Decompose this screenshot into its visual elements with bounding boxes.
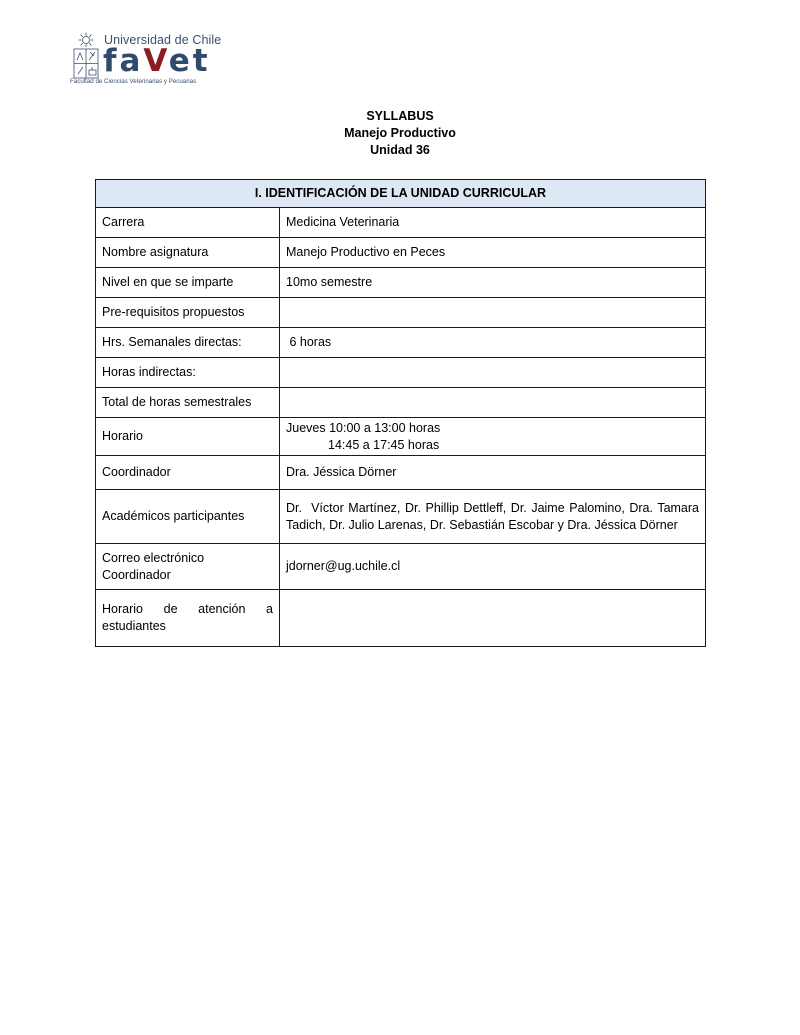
label-line-1: Correo electrónico [102, 550, 273, 567]
schedule-line-2: 14:45 a 17:45 horas [286, 437, 699, 454]
university-crest-icon [72, 32, 100, 80]
row-label: Coordinador [96, 456, 280, 490]
row-value: 10mo semestre [280, 268, 706, 298]
identification-table: I. IDENTIFICACIÓN DE LA UNIDAD CURRICULA… [95, 179, 706, 647]
university-logo: Universidad de Chile faVet Facultad de C… [70, 30, 215, 88]
row-label: Pre-requisitos propuestos [96, 298, 280, 328]
label-line-2: Coordinador [102, 567, 273, 584]
row-value: jdorner@ug.uchile.cl [280, 544, 706, 590]
table-row: Total de horas semestrales [96, 388, 706, 418]
table-row: Correo electrónico Coordinador jdorner@u… [96, 544, 706, 590]
course-name: Manejo Productivo [0, 125, 800, 142]
row-value [280, 590, 706, 647]
row-label: Carrera [96, 208, 280, 238]
row-value [280, 298, 706, 328]
row-label: Nombre asignatura [96, 238, 280, 268]
table-row: Coordinador Dra. Jéssica Dörner [96, 456, 706, 490]
wordmark-prefix: fa [103, 43, 143, 79]
section-title: I. IDENTIFICACIÓN DE LA UNIDAD CURRICULA… [96, 180, 706, 208]
row-label: Total de horas semestrales [96, 388, 280, 418]
row-label: Correo electrónico Coordinador [96, 544, 280, 590]
faculty-name: Facultad de Ciencias Veterinarias y Pecu… [70, 78, 196, 85]
row-label: Horario [96, 418, 280, 456]
table-row: Académicos participantes Dr. Víctor Mart… [96, 490, 706, 544]
favet-wordmark: faVet [103, 44, 211, 78]
row-value [280, 388, 706, 418]
table-row: Hrs. Semanales directas: 6 horas [96, 328, 706, 358]
row-value: Manejo Productivo en Peces [280, 238, 706, 268]
table-row: Pre-requisitos propuestos [96, 298, 706, 328]
row-value: Jueves 10:00 a 13:00 horas 14:45 a 17:45… [280, 418, 706, 456]
document-title-block: SYLLABUS Manejo Productivo Unidad 36 [0, 108, 800, 159]
row-value [280, 358, 706, 388]
row-value: 6 horas [280, 328, 706, 358]
table-row: Carrera Medicina Veterinaria [96, 208, 706, 238]
row-value: Dr. Víctor Martínez, Dr. Phillip Dettlef… [280, 490, 706, 544]
document-type: SYLLABUS [0, 108, 800, 125]
row-label: Hrs. Semanales directas: [96, 328, 280, 358]
row-label: Académicos participantes [96, 490, 280, 544]
row-value: Medicina Veterinaria [280, 208, 706, 238]
table-row: Nombre asignatura Manejo Productivo en P… [96, 238, 706, 268]
table-row: Horario de atención a estudiantes [96, 590, 706, 647]
row-label: Horario de atención a estudiantes [96, 590, 280, 647]
table-row: Nivel en que se imparte 10mo semestre [96, 268, 706, 298]
row-label: Nivel en que se imparte [96, 268, 280, 298]
schedule-line-1: Jueves 10:00 a 13:00 horas [286, 420, 699, 437]
row-label: Horas indirectas: [96, 358, 280, 388]
row-value: Dra. Jéssica Dörner [280, 456, 706, 490]
label-line-2: estudiantes [102, 618, 273, 635]
table-row: Horario Jueves 10:00 a 13:00 horas 14:45… [96, 418, 706, 456]
wordmark-suffix: et [169, 43, 211, 79]
label-line-1: Horario de atención a [102, 601, 273, 618]
table-row: Horas indirectas: [96, 358, 706, 388]
unit-number: Unidad 36 [0, 142, 800, 159]
wordmark-accent: V [143, 43, 168, 79]
section-header-row: I. IDENTIFICACIÓN DE LA UNIDAD CURRICULA… [96, 180, 706, 208]
